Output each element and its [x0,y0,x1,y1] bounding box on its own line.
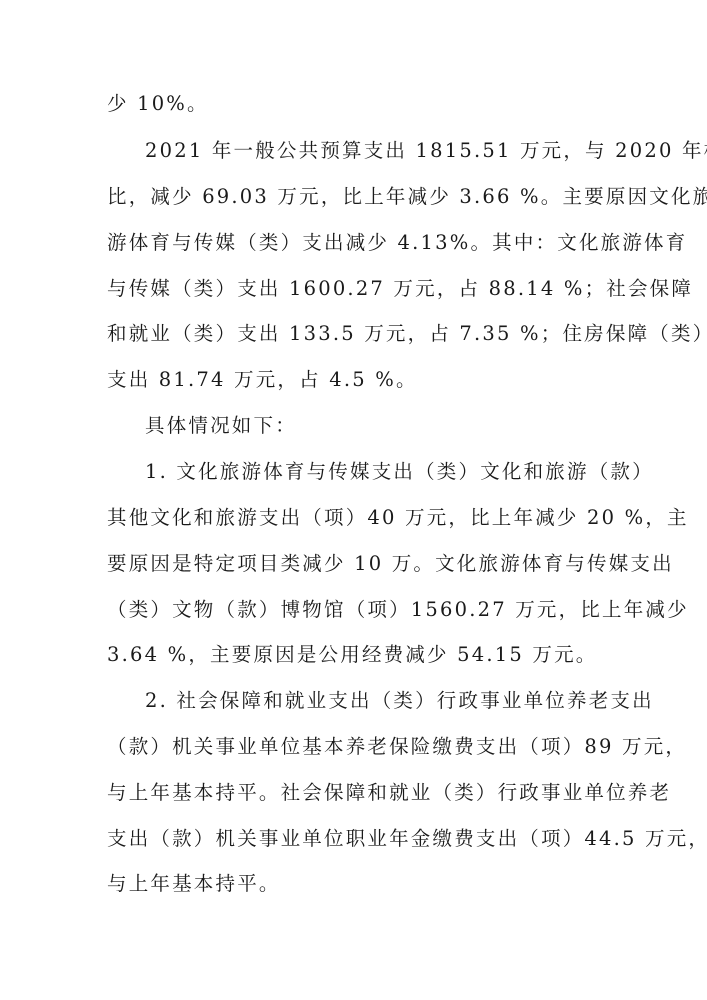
paragraph-line: 比，减少 69.03 万元，比上年减少 3.66 %。主要原因文化旅 [107,185,493,209]
paragraph-line: 少 10%。 [107,92,493,116]
paragraph-line: 与传媒（类）支出 1600.27 万元，占 88.14 %；社会保障 [107,277,493,301]
paragraph-line: 2021 年一般公共预算支出 1815.51 万元，与 2020 年相 [145,139,531,163]
paragraph-line: 游体育与传媒（类）支出减少 4.13%。其中：文化旅游体育 [107,231,493,255]
paragraph-line: 1. 文化旅游体育与传媒支出（类）文化和旅游（款） [145,460,531,484]
paragraph-line: 与上年基本持平。 [107,872,493,896]
paragraph-line: 其他文化和旅游支出（项）40 万元，比上年减少 20 %，主 [107,506,493,530]
paragraph-line: 具体情况如下： [145,414,531,438]
paragraph-line: 3.64 %，主要原因是公用经费减少 54.15 万元。 [107,643,493,667]
paragraph-line: 与上年基本持平。社会保障和就业（类）行政事业单位养老 [107,781,493,805]
paragraph-line: 要原因是特定项目类减少 10 万。文化旅游体育与传媒支出 [107,552,493,576]
document-page: 少 10%。 2021 年一般公共预算支出 1815.51 万元，与 2020 … [0,0,707,1000]
paragraph-line: 2. 社会保障和就业支出（类）行政事业单位养老支出 [145,689,531,713]
paragraph-line: （类）文物（款）博物馆（项）1560.27 万元，比上年减少 [107,598,493,622]
paragraph-line: 支出（款）机关事业单位职业年金缴费支出（项）44.5 万元， [107,827,493,851]
paragraph-line: 和就业（类）支出 133.5 万元，占 7.35 %；住房保障（类） [107,322,493,346]
paragraph-line: 支出 81.74 万元，占 4.5 %。 [107,368,493,392]
paragraph-line: （款）机关事业单位基本养老保险缴费支出（项）89 万元， [107,735,493,759]
